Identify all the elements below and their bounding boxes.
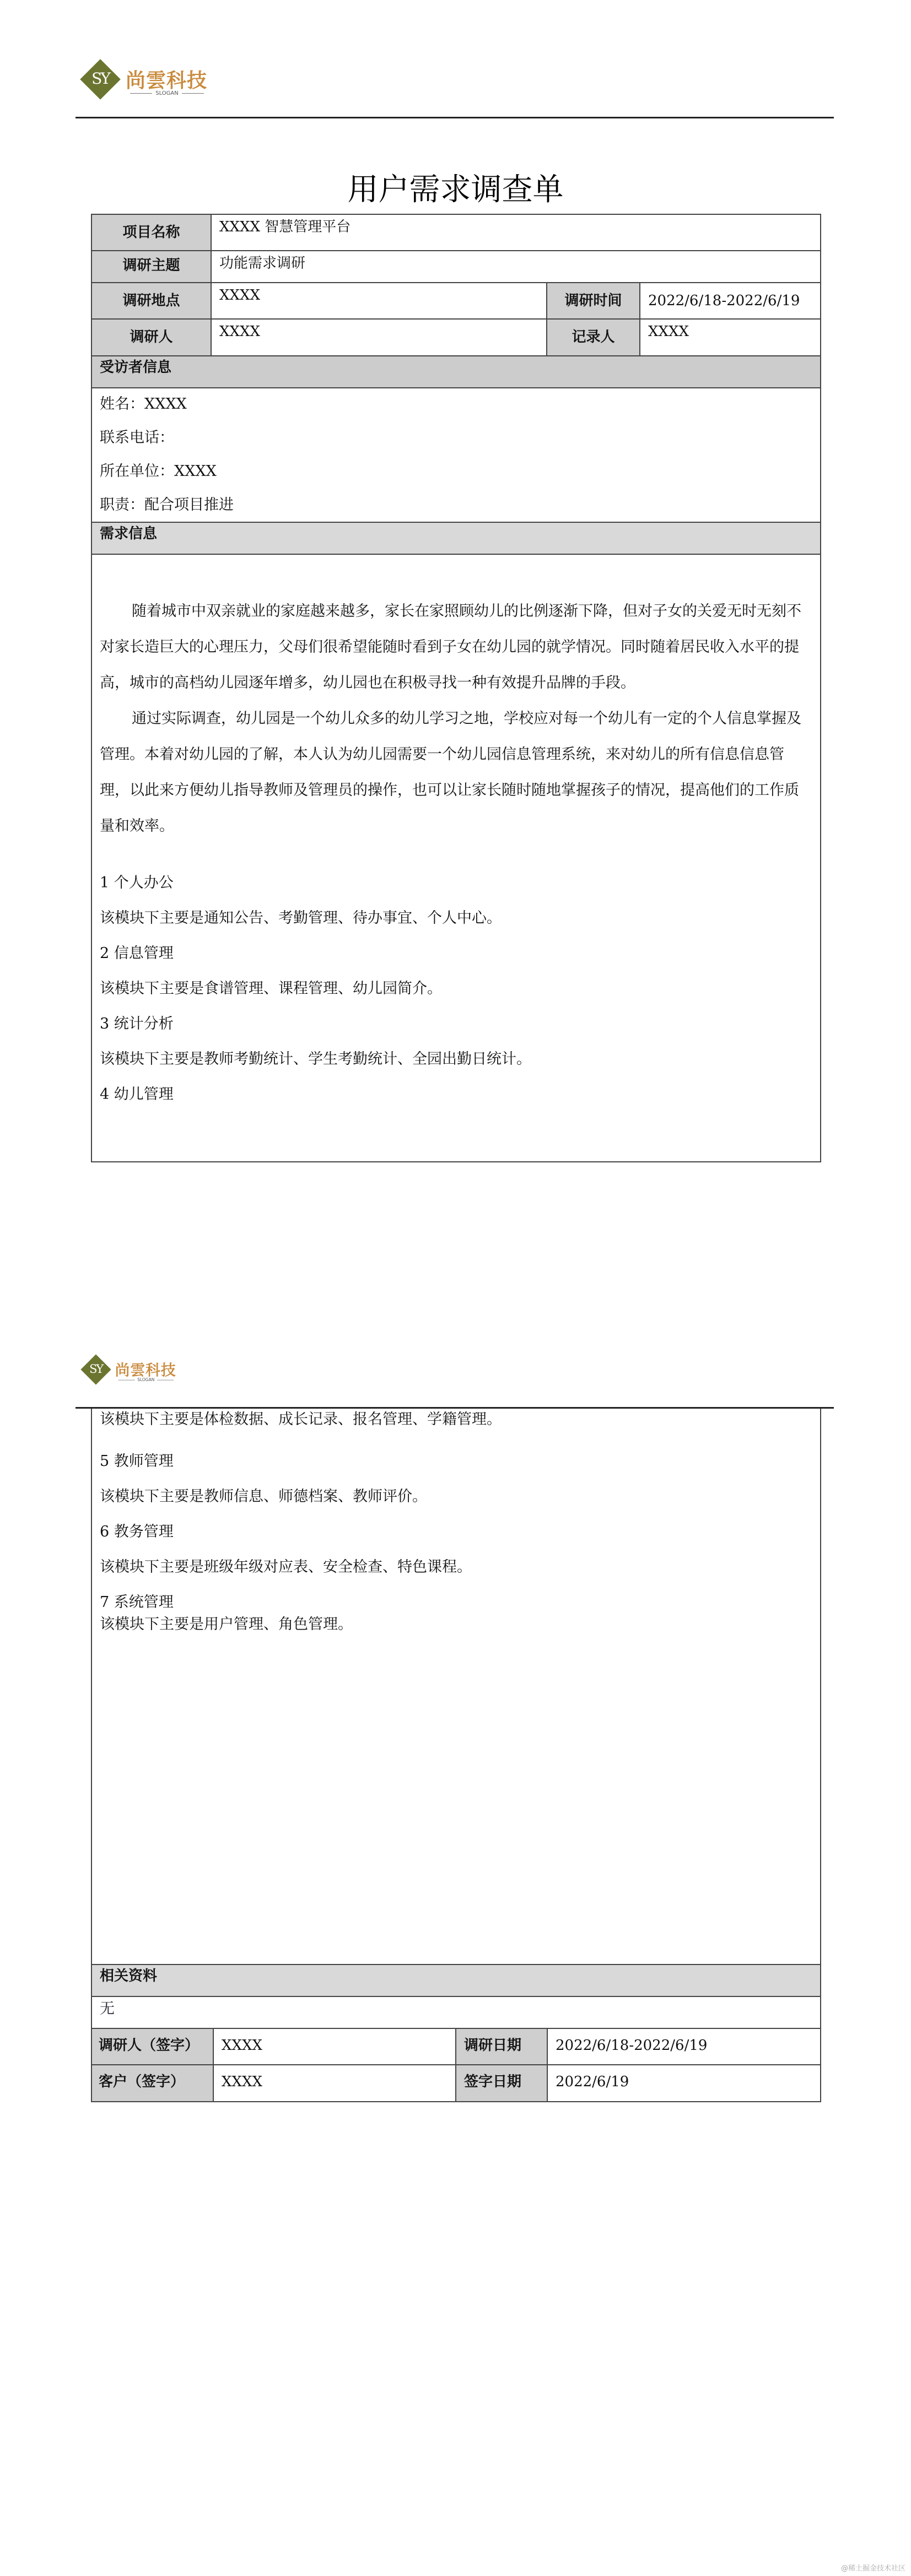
interviewee-section-header: 受访者信息 bbox=[91, 355, 821, 388]
interviewee-duty[interactable]: 职责：配合项目推进 bbox=[100, 497, 812, 523]
module-title: 6 教务管理 bbox=[100, 1523, 812, 1541]
slogan: SLOGAN bbox=[115, 1378, 177, 1382]
research-date-label: 调研日期 bbox=[455, 2028, 548, 2065]
location-value[interactable]: XXXX bbox=[211, 282, 547, 320]
module-title: 5 教师管理 bbox=[100, 1453, 812, 1470]
researcher-value[interactable]: XXXX bbox=[211, 318, 547, 356]
brand-name: 尚雲科技 bbox=[126, 65, 207, 93]
client-sign-value[interactable]: XXXX bbox=[213, 2064, 456, 2102]
researcher-label: 调研人 bbox=[91, 318, 212, 356]
project-name-label: 项目名称 bbox=[91, 214, 212, 251]
module-desc: 该模块下主要是通知公告、考勤管理、待办事宜、个人中心。 bbox=[100, 910, 812, 927]
slogan: SLOGAN bbox=[126, 90, 208, 96]
recorder-label: 记录人 bbox=[546, 318, 640, 356]
header-rule bbox=[76, 117, 834, 118]
materials-value[interactable]: 无 bbox=[91, 1996, 821, 2029]
time-label: 调研时间 bbox=[546, 282, 640, 320]
topic-value[interactable]: 功能需求调研 bbox=[211, 250, 821, 283]
module-title: 7 系统管理 bbox=[100, 1594, 812, 1611]
topic-label: 调研主题 bbox=[91, 250, 212, 283]
time-value[interactable]: 2022/6/18-2022/6/19 bbox=[639, 282, 821, 320]
logo-mark: SY bbox=[83, 69, 118, 88]
recorder-value[interactable]: XXXX bbox=[639, 318, 821, 356]
researcher-sign-value[interactable]: XXXX bbox=[213, 2028, 456, 2065]
watermark: @稀土掘金技术社区 bbox=[841, 2562, 905, 2573]
module-desc: 该模块下主要是教师考勤统计、学生考勤统计、全园出勤日统计。 bbox=[100, 1051, 812, 1068]
client-sign-label: 客户（签字） bbox=[91, 2064, 214, 2102]
interviewee-organization[interactable]: 所在单位：XXXX bbox=[100, 463, 812, 497]
sign-date-value[interactable]: 2022/6/19 bbox=[547, 2064, 821, 2102]
researcher-sign-label: 调研人（签字） bbox=[91, 2028, 214, 2065]
materials-section-header: 相关资料 bbox=[91, 1964, 821, 1997]
research-date-value[interactable]: 2022/6/18-2022/6/19 bbox=[547, 2028, 821, 2065]
sign-date-label: 签字日期 bbox=[455, 2064, 548, 2102]
requirements-section-header: 需求信息 bbox=[91, 522, 821, 555]
project-name-value[interactable]: XXXX 智慧管理平台 bbox=[211, 214, 821, 251]
module-desc: 该模块下主要是教师信息、师德档案、教师评价。 bbox=[100, 1488, 812, 1506]
module-title: 1 个人办公 bbox=[100, 874, 812, 892]
requirements-body-page2: 该模块下主要是体检数据、成长记录、报名管理、学籍管理。 5 教师管理 该模块下主… bbox=[91, 1409, 821, 1965]
module-desc: 该模块下主要是班级年级对应表、安全检查、特色课程。 bbox=[100, 1558, 812, 1576]
brand-name: 尚雲科技 bbox=[115, 1359, 176, 1380]
location-label: 调研地点 bbox=[91, 282, 212, 320]
requirements-body-page1: 随着城市中双亲就业的家庭越来越多，家长在家照顾幼儿的比例逐渐下降，但对子女的关爱… bbox=[91, 554, 821, 1162]
module-desc: 该模块下主要是食谱管理、课程管理、幼儿园简介。 bbox=[100, 980, 812, 998]
requirements-paragraph: 通过实际调查，幼儿园是一个幼儿众多的幼儿学习之地，学校应对每一个幼儿有一定的个人… bbox=[100, 701, 812, 844]
module-title: 2 信息管理 bbox=[100, 945, 812, 962]
company-logo: SY 尚雲科技 SLOGAN bbox=[83, 1356, 182, 1389]
interviewee-name[interactable]: 姓名：XXXX bbox=[100, 396, 812, 430]
requirements-paragraph: 随着城市中双亲就业的家庭越来越多，家长在家照顾幼儿的比例逐渐下降，但对子女的关爱… bbox=[100, 593, 812, 701]
interviewee-phone[interactable]: 联系电话： bbox=[100, 430, 812, 463]
logo-mark: SY bbox=[83, 1362, 109, 1376]
module-title: 4 幼儿管理 bbox=[100, 1086, 812, 1103]
module-title: 3 统计分析 bbox=[100, 1015, 812, 1033]
company-logo: SY 尚雲科技 SLOGAN bbox=[83, 62, 215, 106]
page-title: 用户需求调查单 bbox=[0, 165, 911, 209]
interviewee-info: 姓名：XXXX 联系电话： 所在单位：XXXX 职责：配合项目推进 bbox=[91, 387, 821, 523]
module-desc: 该模块下主要是用户管理、角色管理。 bbox=[100, 1616, 812, 1633]
module-desc: 该模块下主要是体检数据、成长记录、报名管理、学籍管理。 bbox=[100, 1411, 812, 1428]
